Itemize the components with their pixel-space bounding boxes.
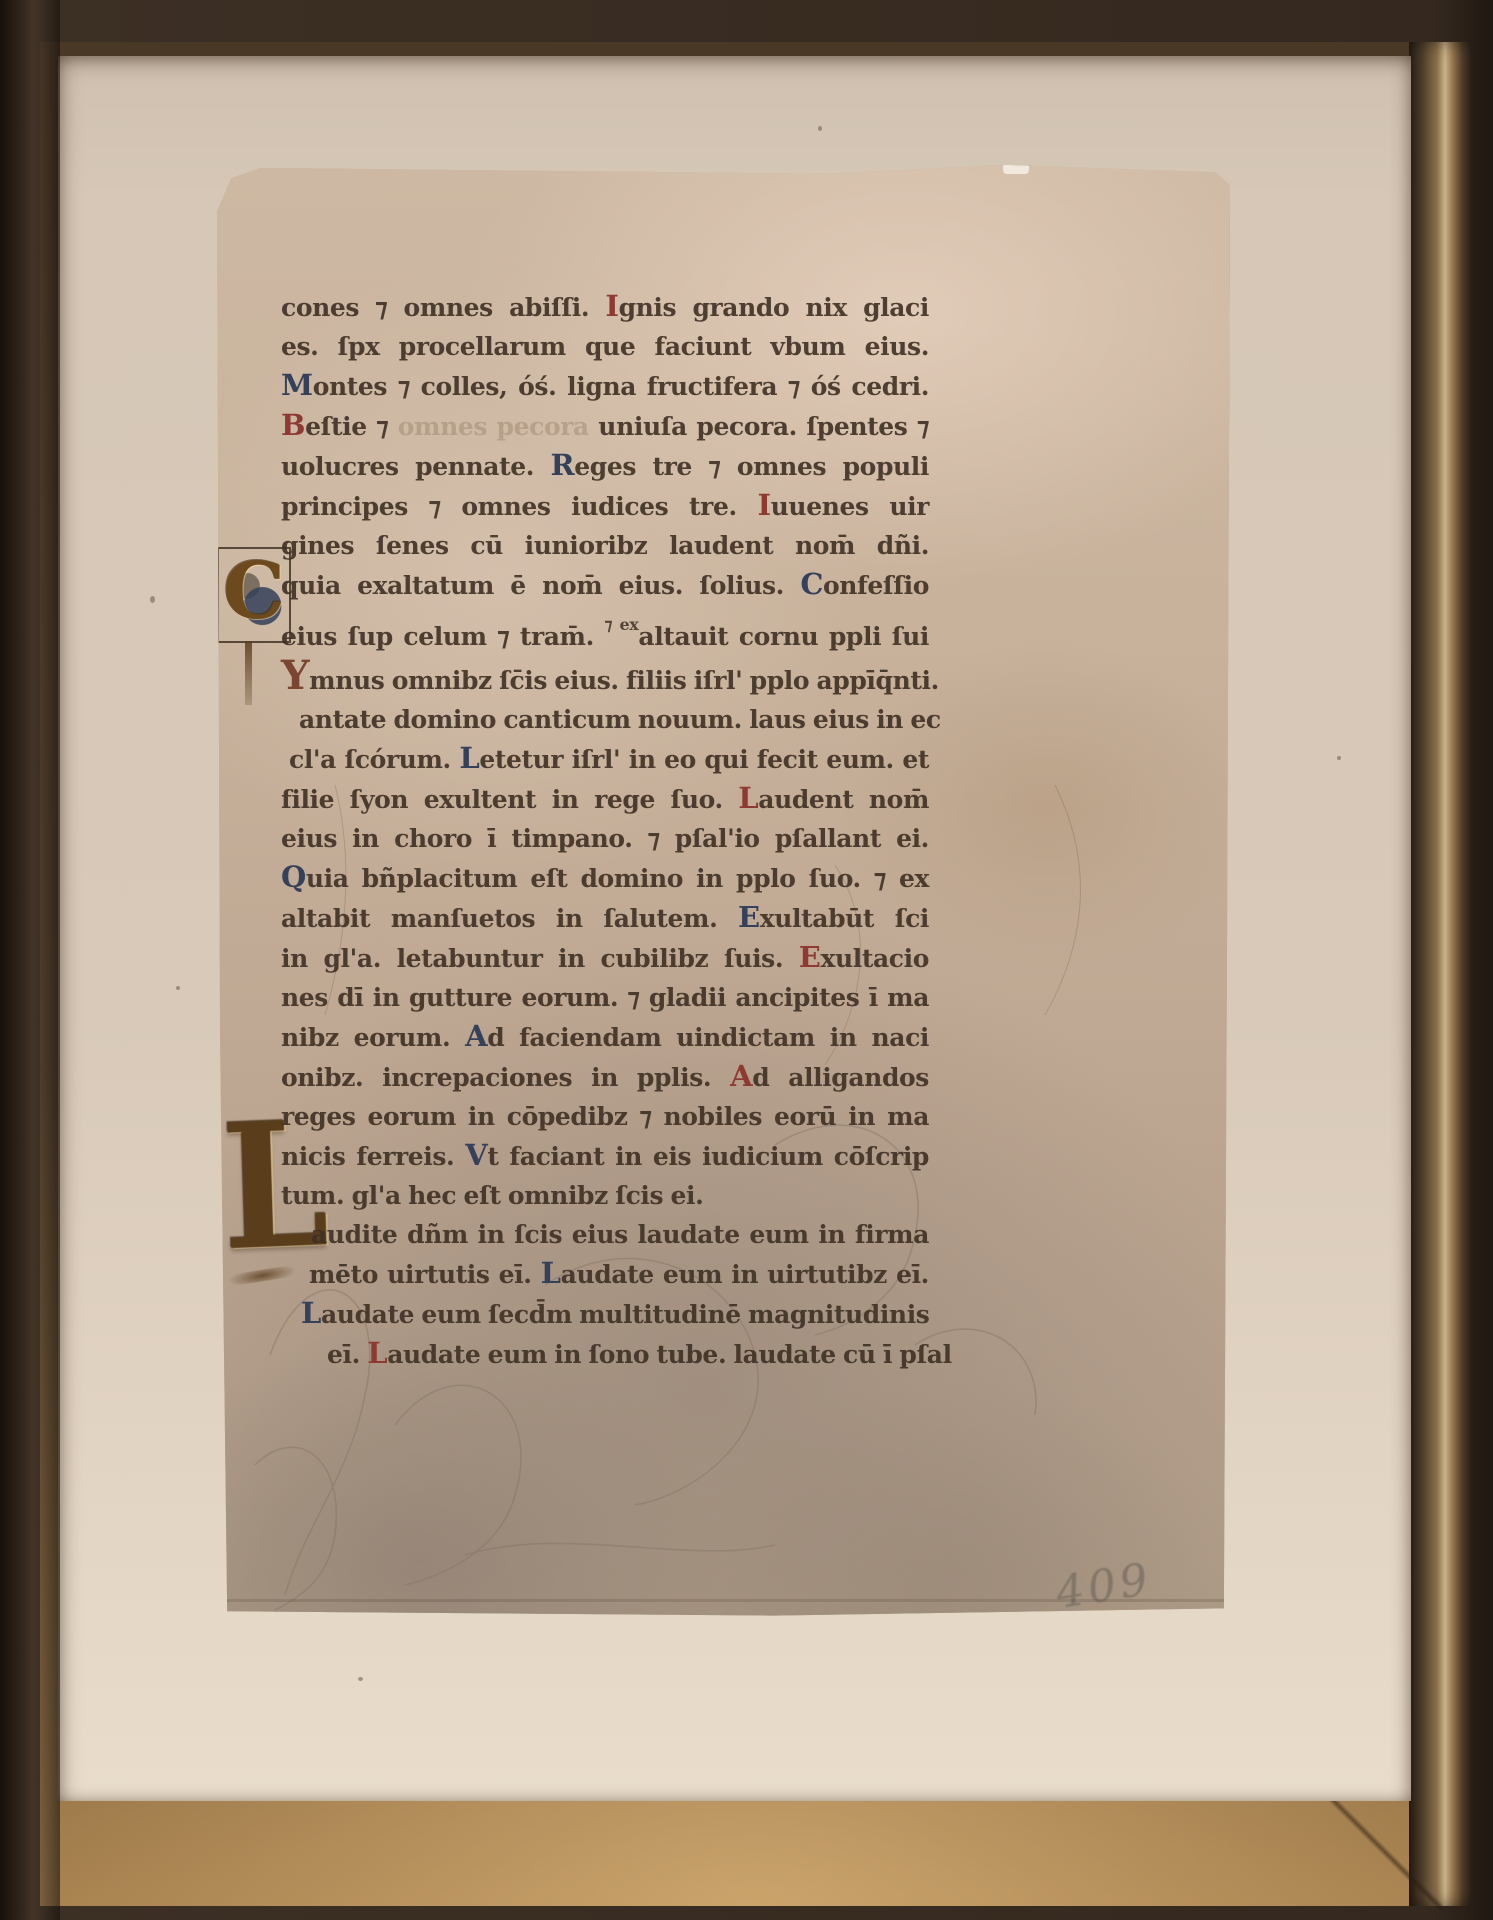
text-segment: audate eum in ſono tube. laudate cū ī pſ… [387, 1340, 951, 1369]
versal-initial: M [281, 368, 313, 402]
picture-frame: C L cones ⁊ omnes abiſſi. Ignis grando n… [0, 0, 1493, 1920]
text-segment: d faciendam uindictam in naci [487, 1023, 929, 1052]
versal-initial: L [367, 1336, 387, 1370]
text-segment: eius in choro ī timpano. ⁊ pſal'io pſall… [281, 824, 929, 853]
mat-speck [818, 126, 822, 131]
versal-initial: V [465, 1138, 487, 1172]
mat-speck [176, 986, 180, 990]
text-segment: d alligandos [752, 1063, 929, 1092]
text-segment: mēto uirtutis eī. [309, 1260, 541, 1289]
mat-speck [358, 1677, 363, 1681]
text-block: cones ⁊ omnes abiſſi. Ignis grando nix g… [281, 287, 929, 1374]
versal-initial: Q [281, 860, 306, 894]
versal-initial: A [730, 1059, 752, 1093]
frame-gilt-right-bevel [1409, 42, 1471, 1906]
text-segment: cl'a ſcórum. [289, 745, 459, 774]
manuscript-line: Beſtie ⁊ omnes pecora uniuſa pecora. ſpe… [281, 406, 929, 446]
text-segment: audite dñm in ſcis eius laudate eum in f… [311, 1220, 929, 1249]
leaf-fold-line [215, 1599, 1230, 1602]
text-segment: Y [281, 652, 309, 699]
mat-board: C L cones ⁊ omnes abiſſi. Ignis grando n… [58, 56, 1411, 1801]
text-segment: cones ⁊ omnes abiſſi. [281, 293, 605, 322]
text-segment: principes ⁊ omnes iudices tre. [281, 492, 757, 521]
versal-initial: L [301, 1296, 321, 1330]
manuscript-line: eius ſup celum ⁊ tram̄. ⁊ exaltauit corn… [281, 605, 929, 656]
text-segment: reges eorum in cōpedibz ⁊ nobiles eorū i… [281, 1102, 929, 1131]
text-segment: eius ſup celum ⁊ tram̄. [281, 622, 604, 651]
text-segment: t faciant in eis iudicium cōſcrip [487, 1142, 929, 1171]
text-segment: altauit cornu ppli ſui [638, 622, 929, 651]
manuscript-line: Laudate eum ſecd̄m multitudinē magnitudi… [281, 1294, 929, 1334]
text-segment: nicis ferreis. [281, 1142, 465, 1171]
text-segment: uuenes uir [771, 492, 929, 521]
text-segment: altabit manſuetos in ſalutem. [281, 904, 738, 933]
text-segment: in gl'a. letabuntur in cubilibz ſuis. [281, 944, 799, 973]
interlinear-addition: ⁊ ex [604, 615, 638, 634]
text-segment: eſtie ⁊ [305, 412, 398, 441]
versal-initial: B [281, 408, 305, 442]
manuscript-line: audite dñm in ſcis eius laudate eum in f… [281, 1215, 929, 1254]
text-segment: eges tre ⁊ omnes populi [574, 452, 929, 481]
versal-initial: I [757, 488, 770, 522]
manuscript-line: mēto uirtutis eī. Laudate eum in uirtuti… [281, 1254, 929, 1294]
manuscript-line: filie ſyon exultent in rege ſuo. Laudent… [281, 779, 929, 819]
erased-text: omnes pecora [398, 412, 589, 441]
manuscript-line: Montes ⁊ colles, óś. ligna fructifera ⁊ … [281, 366, 929, 406]
text-segment: tum. gl'a hec eſt omnibz ſcis ei. [281, 1181, 703, 1210]
manuscript-line: onibz. increpaciones in pplis. Ad alliga… [281, 1057, 929, 1097]
manuscript-line: es. ſpx procellarum que faciunt vbum eiu… [281, 327, 929, 366]
text-segment: xultacio [820, 944, 929, 973]
mat-speck [1337, 756, 1341, 760]
text-segment: audent nom̄ [758, 785, 929, 814]
manuscript-line: nibz eorum. Ad faciendam uindictam in na… [281, 1017, 929, 1057]
manuscript-line: cl'a ſcórum. Letetur iſrl' in eo qui fec… [281, 739, 929, 779]
versal-initial: R [551, 448, 575, 482]
versal-initial: C [800, 567, 823, 601]
text-segment: xultabūt ſci [760, 904, 929, 933]
frame-gilt-bottom-bevel [40, 1800, 1471, 1906]
pencil-inscription: 409 [1053, 1554, 1156, 1619]
text-segment: gines ſenes cū iunioribz laudent nom̄ dñ… [281, 531, 929, 560]
versal-initial: E [738, 900, 760, 934]
manuscript-line: nicis ferreis. Vt faciant in eis iudiciu… [281, 1136, 929, 1176]
manuscript-line: nes dī in gutture eorum. ⁊ gladii ancipi… [281, 978, 929, 1017]
text-segment: etetur iſrl' in eo qui fecit eum. et [479, 745, 929, 774]
text-segment: uolucres pennate. [281, 452, 551, 481]
manuscript-line: eī. Laudate eum in ſono tube. laudate cū… [281, 1334, 929, 1374]
text-segment: uia bñplacitum eſt domino in pplo ſuo. ⁊… [306, 864, 929, 893]
versal-initial: L [459, 741, 479, 775]
versal-initial: I [605, 289, 618, 323]
manuscript-line: cones ⁊ omnes abiſſi. Ignis grando nix g… [281, 287, 929, 327]
manuscript-line: quia exaltatum ē nom̄ eius. ſolius. Conf… [281, 565, 929, 605]
illuminated-initial-C: C [217, 547, 291, 643]
text-segment: eī. [327, 1340, 367, 1369]
text-segment: audate eum ſecd̄m multitudinē magnitudin… [321, 1300, 929, 1329]
leaf-edge-chip [1003, 165, 1029, 174]
frame-gilt-moulding: C L cones ⁊ omnes abiſſi. Ignis grando n… [40, 42, 1471, 1906]
text-segment: es. ſpx procellarum que faciunt vbum eiu… [281, 332, 929, 361]
text-segment: gnis grando nix glaci [619, 293, 929, 322]
text-segment: antate domino canticum nouum. laus eius … [299, 705, 941, 734]
text-segment: quia exaltatum ē nom̄ eius. ſolius. [281, 571, 800, 600]
manuscript-line: principes ⁊ omnes iudices tre. Iuuenes u… [281, 486, 929, 526]
manuscript-leaf: C L cones ⁊ omnes abiſſi. Ignis grando n… [215, 165, 1230, 1620]
text-segment: filie ſyon exultent in rege ſuo. [281, 785, 738, 814]
versal-initial: E [799, 940, 821, 974]
text-segment: uniuſa pecora. ſpentes ⁊ [589, 412, 929, 441]
text-segment: onibz. increpaciones in pplis. [281, 1063, 730, 1092]
manuscript-line: reges eorum in cōpedibz ⁊ nobiles eorū i… [281, 1097, 929, 1136]
manuscript-line: antate domino canticum nouum. laus eius … [281, 700, 929, 739]
versal-initial: L [738, 781, 758, 815]
mat-speck [150, 596, 155, 603]
text-segment: mnus omnibz ſc̄is eius. filiis iſrl' ppl… [309, 666, 939, 695]
text-segment: nibz eorum. [281, 1023, 465, 1052]
text-segment: ontes ⁊ colles, óś. ligna fructifera ⁊ ó… [313, 372, 929, 401]
manuscript-line: Quia bñplacitum eſt domino in pplo ſuo. … [281, 858, 929, 898]
manuscript-line: altabit manſuetos in ſalutem. Exultabūt … [281, 898, 929, 938]
text-segment: audate eum in uirtutibz eī. [561, 1260, 929, 1289]
versal-initial: L [541, 1256, 561, 1290]
manuscript-line: tum. gl'a hec eſt omnibz ſcis ei. [281, 1176, 929, 1215]
text-segment: nes dī in gutture eorum. ⁊ gladii ancipi… [281, 983, 929, 1012]
manuscript-line: Ymnus omnibz ſc̄is eius. filiis iſrl' pp… [281, 656, 929, 700]
manuscript-line: in gl'a. letabuntur in cubilibz ſuis. Ex… [281, 938, 929, 978]
manuscript-line: eius in choro ī timpano. ⁊ pſal'io pſall… [281, 819, 929, 858]
manuscript-line: uolucres pennate. Reges tre ⁊ omnes popu… [281, 446, 929, 486]
manuscript-line: gines ſenes cū iunioribz laudent nom̄ dñ… [281, 526, 929, 565]
versal-initial: A [465, 1019, 487, 1053]
text-segment: onfeſſio [823, 571, 929, 600]
